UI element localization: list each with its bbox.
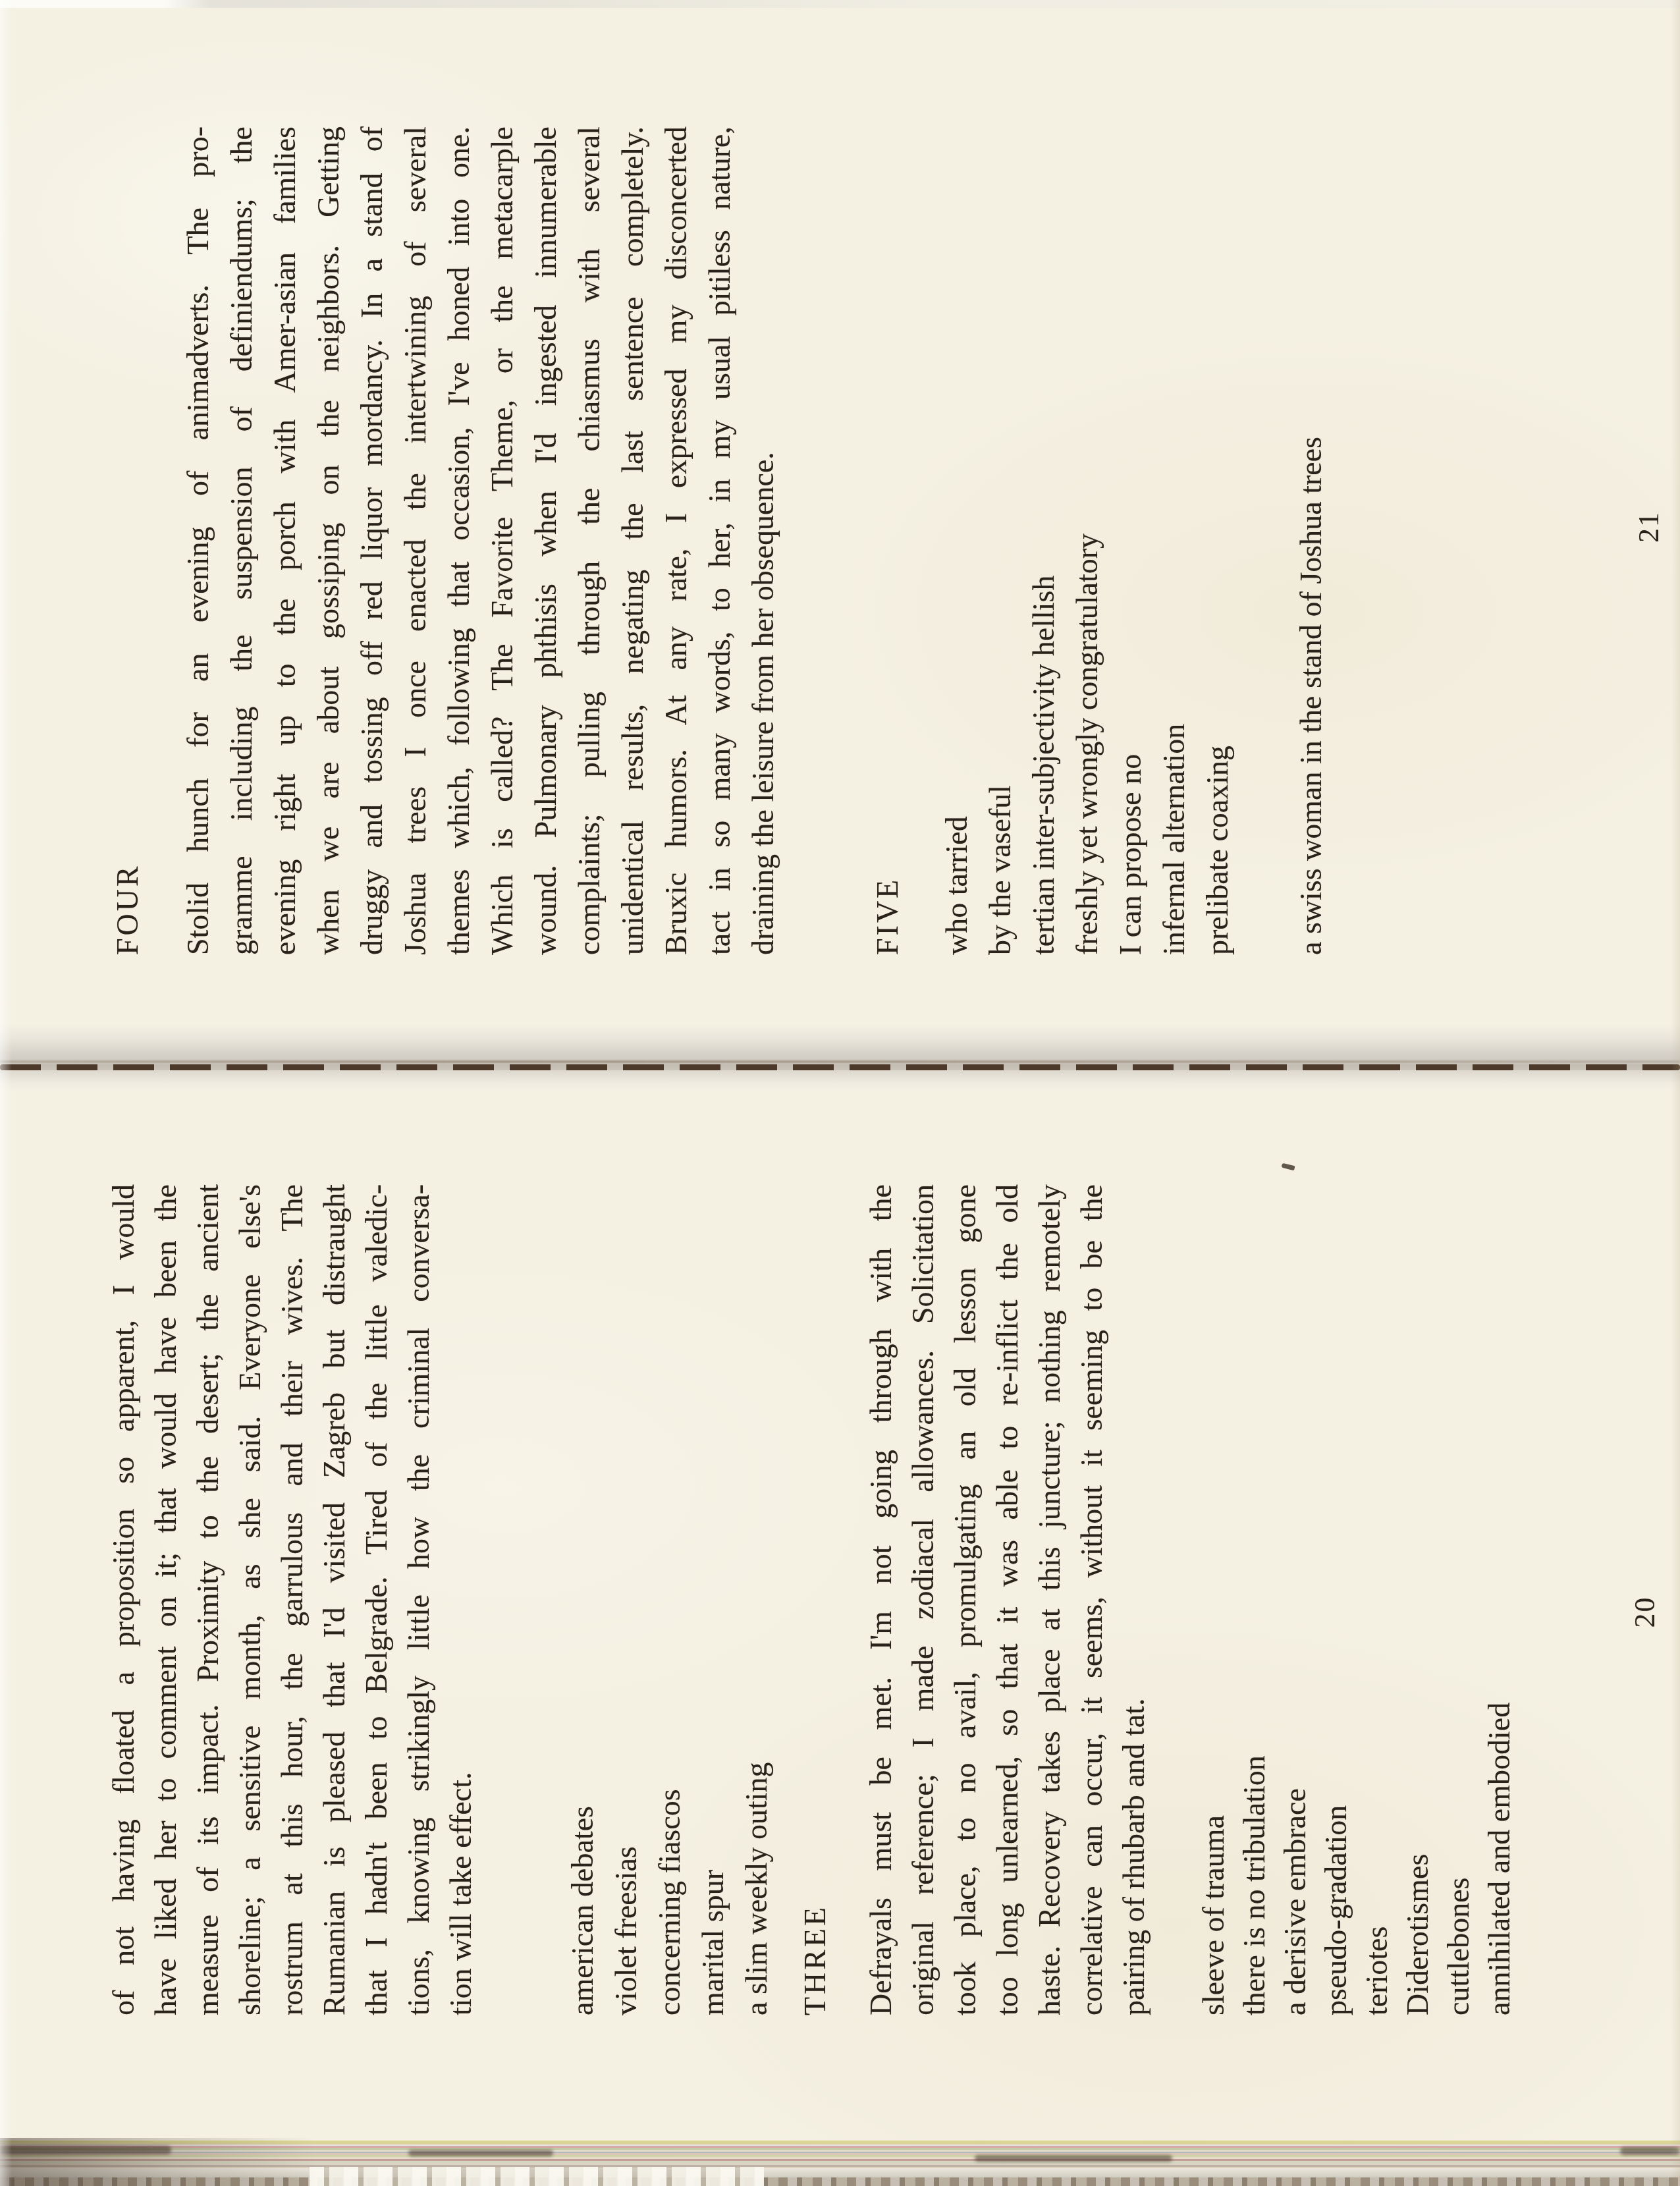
poem-line: I can propose no [1109,533,1152,955]
poem-line: prelibate coaxing [1196,533,1239,955]
book-scan: FOUR Stolid hunch for an evening of anim… [0,0,1680,2186]
paragraph-line: druggy and tossing off red liquor mordan… [350,126,394,955]
paragraph-line: have liked her to comment on it; that wo… [145,1184,187,2015]
paragraph-line: gramme including the suspension of defin… [220,126,263,955]
paragraph-line: shoreline; a sensitive month, as she sai… [229,1184,271,2015]
paragraph-line: haste. Recovery takes place at this junc… [1029,1184,1071,2015]
list-line: there is no tribulation [1234,1703,1275,2015]
poem-line: freshly yet wrongly congratulatory [1066,533,1109,955]
page-21: FOUR Stolid hunch for an evening of anim… [0,0,1680,1054]
section-five-poem: who tarried by the vaseful tertian inter… [935,533,1239,955]
book-bottom-edge [0,2138,1680,2186]
paragraph-line: measure of its impact. Proximity to the … [187,1184,229,2015]
gutter-dash-line [0,1064,1680,1070]
section-three-paragraph: Defrayals must be met. I'm not going thr… [860,1184,1155,2015]
section-heading-three: THREE [798,1905,832,2015]
list-line: violet freesias [605,1762,648,2015]
section-four-paragraph: Stolid hunch for an evening of animadver… [176,126,785,955]
list-line: a slim weekly outing [735,1762,778,2015]
list-line: teriotes [1357,1703,1397,2015]
paragraph-line: Rumanian is pleased that I'd visited Zag… [313,1184,356,2015]
edge-dark-streak [0,2146,171,2154]
poem-line: by the vaseful [979,533,1022,955]
paragraph-line: wound. Pulmonary phthisis when I'd inges… [524,126,568,955]
list-line: sleeve of trauma [1193,1703,1234,2015]
paragraph-line: took place, to no avail, promulgating an… [944,1184,987,2015]
paragraph-line: evening right up to the porch with Amer-… [263,126,307,955]
continuation-paragraph: of not having floated a proposition so a… [103,1184,482,2015]
paragraph-line: of not having floated a proposition so a… [103,1184,145,2015]
section-heading-four: FOUR [111,863,145,955]
edge-dark-streak [408,2150,553,2156]
paragraph-line: tions, knowing strikingly little how the… [398,1184,440,2015]
poem-closing-line: a swiss woman in the stand of Joshua tre… [1289,437,1333,955]
paragraph-line: Stolid hunch for an evening of animadver… [176,126,220,955]
list-line: pseudo-gradation [1316,1703,1357,2015]
section-heading-five: FIVE [871,877,905,955]
scan-left-edge [0,0,12,2186]
list-line: Diderotismes [1397,1703,1438,2015]
page-number: 20 [1628,1080,1662,2144]
paragraph-line: tact in so many words, to her, in my usu… [698,126,742,955]
paragraph-line: rostrum at this hour, the garrulous and … [271,1184,313,2015]
paragraph-line: Defrayals must be met. I'm not going thr… [860,1184,902,2015]
paragraph-line: themes which, following that occasion, I… [437,126,481,955]
list-line: marital spur [691,1762,735,2015]
list-after-three: sleeve of trauma there is no tribulation… [1193,1703,1520,2015]
paragraph-line: draining the leisure from her obsequence… [742,126,785,955]
list-line: concerning fiascos [648,1762,691,2015]
paragraph-line: Which is called? The Favorite Theme, or … [481,126,524,955]
edge-dark-streak [975,2155,1172,2162]
scan-right-edge [1671,0,1680,2186]
paragraph-line: when we are about gossiping on the neigh… [307,126,350,955]
paragraph-line: Bruxic humors. At any rate, I expressed … [655,126,698,955]
stray-ink-mark [1281,1163,1295,1171]
paragraph-line: complaints; pulling through the chiasmus… [568,126,611,955]
paragraph-line: Joshua trees I once enacted the intertwi… [394,126,437,955]
paragraph-line: too long unlearned, so that it was able … [987,1184,1029,2015]
edge-shadow-left [0,2138,316,2186]
poem-line: tertian inter-subjectivity hellish [1022,533,1066,955]
scan-top-edge [0,0,1680,8]
paragraph-line: correlative can occur, it seems, without… [1071,1184,1113,2015]
paragraph-line: tion will take effect. [440,1184,482,2015]
list-line: annihilated and embodied [1479,1703,1520,2015]
page-number: 21 [1632,0,1666,1054]
page-edge-highlights [310,2167,764,2186]
poem-line: infernal alternation [1152,533,1196,955]
paragraph-line: that I hadn't been to Belgrade. Tired of… [356,1184,398,2015]
poem-line: who tarried [935,533,979,955]
list-after-continuation: american debates violet freesias concern… [561,1762,778,2015]
gutter-crease-shadow [0,1060,1680,1063]
list-line: cuttlebones [1438,1703,1479,2015]
page-20: of not having floated a proposition so a… [0,1080,1680,2144]
paragraph-line: unidentical results, negating the last s… [611,126,655,955]
paragraph-line: pairing of rhubarb and tat. [1113,1184,1155,2015]
list-line: american debates [561,1762,605,2015]
list-line: a derisive embrace [1275,1703,1316,2015]
paragraph-line: original reference; I made zodiacal allo… [902,1184,944,2015]
